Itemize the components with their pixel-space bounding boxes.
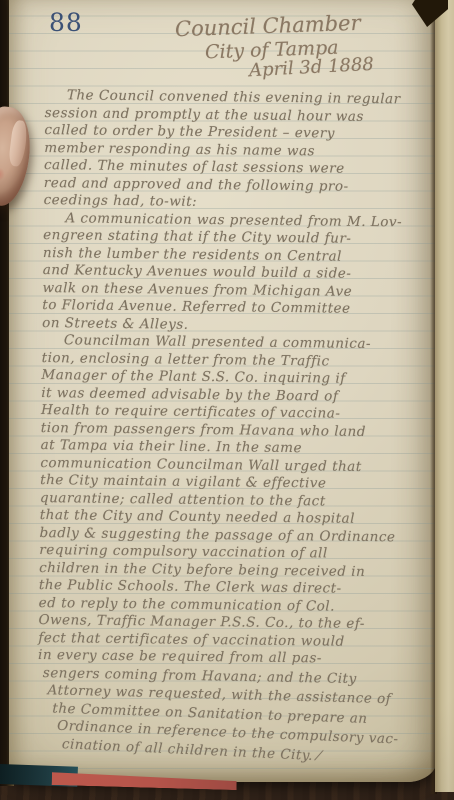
- thumb-blush: [0, 164, 8, 184]
- photo-of-ledger: 88 Council Chamber City of Tampa April 3…: [0, 0, 454, 800]
- page-number: 88: [49, 8, 83, 37]
- thumb-nail: [8, 120, 28, 167]
- adjacent-page: [435, 0, 454, 792]
- manuscript-body: The Council convened this evening in reg…: [37, 87, 437, 757]
- ledger-page: 88 Council Chamber City of Tampa April 3…: [9, 0, 437, 782]
